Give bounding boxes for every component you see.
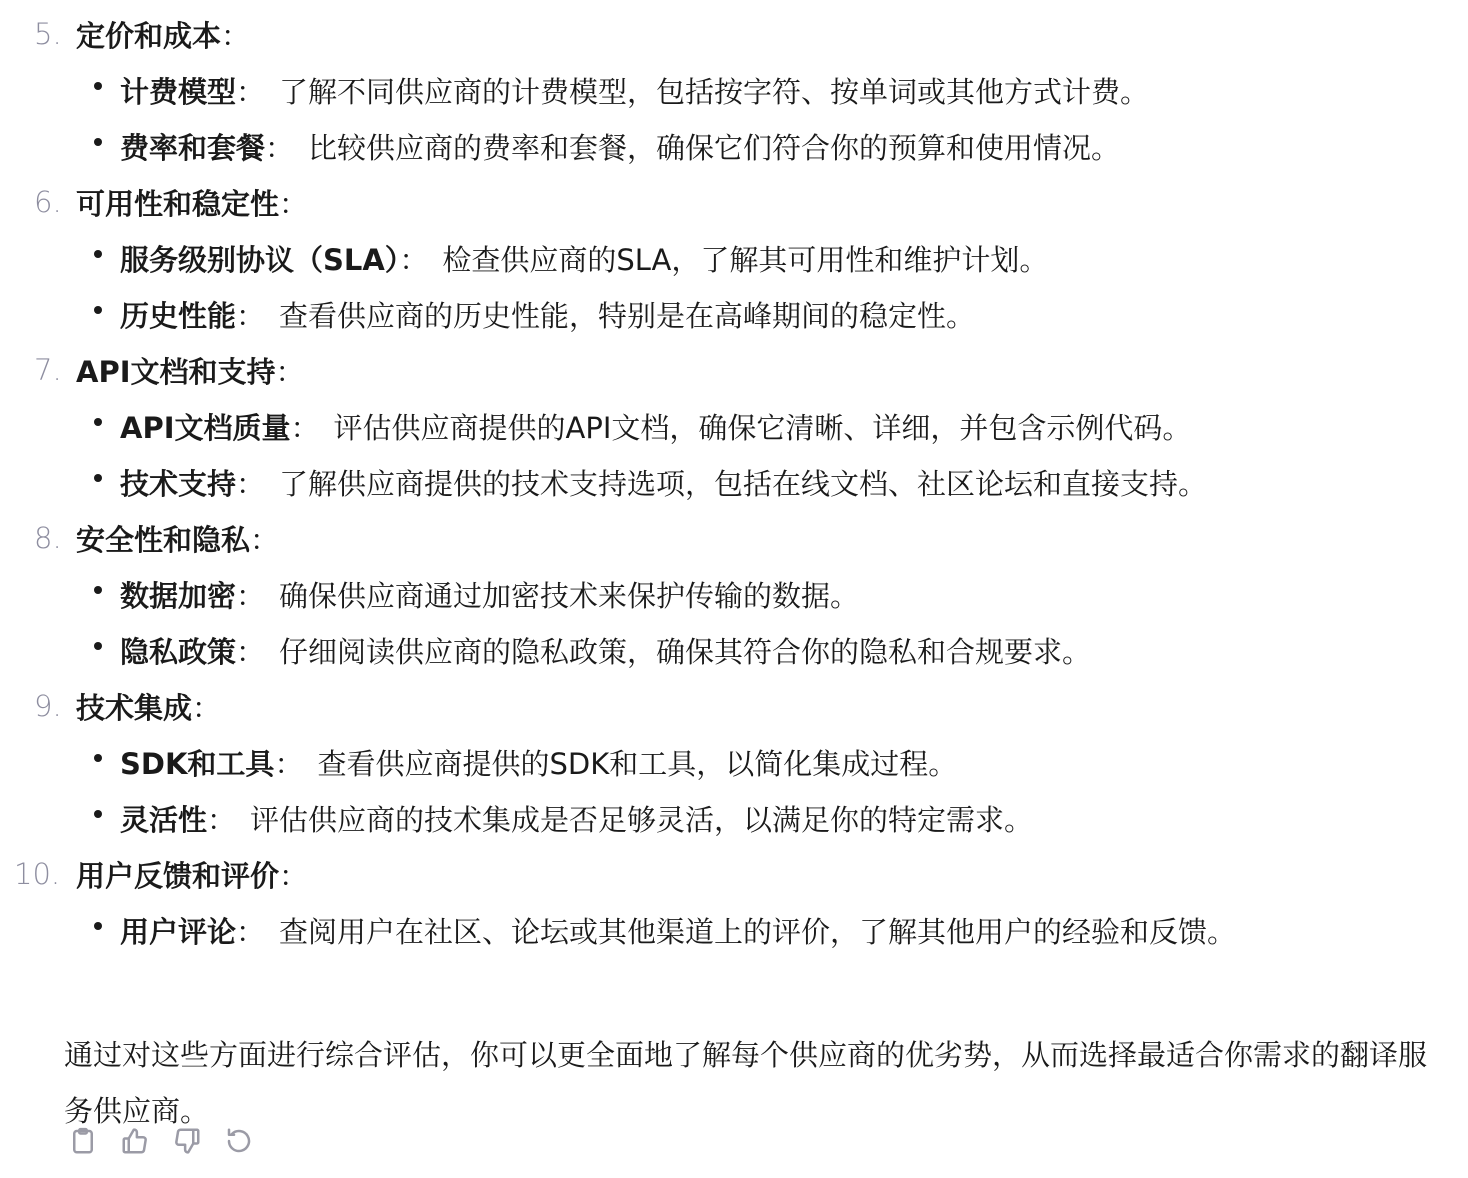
bullet-label: 技术支持 bbox=[120, 467, 236, 501]
regenerate-button[interactable] bbox=[222, 1124, 256, 1158]
section-heading: 6. 可用性和稳定性： bbox=[0, 174, 1468, 230]
section-title-text: 用户反馈和评价 bbox=[76, 859, 279, 893]
colon: ： bbox=[207, 803, 236, 837]
bullet-label: 计费模型 bbox=[120, 75, 236, 109]
bullet-label: API文档质量 bbox=[120, 411, 291, 445]
section-title: 定价和成本： bbox=[76, 14, 250, 55]
bullet-text: 灵活性：评估供应商的技术集成是否足够灵活，以满足你的特定需求。 bbox=[120, 798, 1033, 839]
bullet-text: 计费模型：了解不同供应商的计费模型，包括按字符、按单词或其他方式计费。 bbox=[120, 70, 1149, 111]
colon: ： bbox=[291, 411, 320, 445]
colon: ： bbox=[276, 355, 305, 389]
message-actions bbox=[66, 1124, 256, 1158]
bullet-label: 用户评论 bbox=[120, 915, 236, 949]
bullet-icon bbox=[94, 418, 102, 426]
colon: ： bbox=[279, 187, 308, 221]
bullet-icon bbox=[94, 82, 102, 90]
list-number: 10. bbox=[14, 857, 60, 891]
list-number: 7. bbox=[34, 353, 62, 387]
list-number: 9. bbox=[34, 689, 62, 723]
section-title-text: 定价和成本 bbox=[76, 19, 221, 53]
colon: ： bbox=[236, 75, 265, 109]
list-number: 6. bbox=[34, 185, 62, 219]
colon: ： bbox=[236, 579, 265, 613]
section-heading: 9. 技术集成： bbox=[0, 678, 1468, 734]
thumbs-up-icon bbox=[120, 1126, 150, 1156]
bullet-item: 服务级别协议（SLA）：检查供应商的SLA，了解其可用性和维护计划。 bbox=[0, 230, 1468, 286]
thumbs-down-icon bbox=[172, 1126, 202, 1156]
bullet-item: 数据加密：确保供应商通过加密技术来保护传输的数据。 bbox=[0, 566, 1468, 622]
colon: ： bbox=[279, 859, 308, 893]
section-title-text: 可用性和稳定性 bbox=[76, 187, 279, 221]
bullet-description: 评估供应商提供的API文档，确保它清晰、详细，并包含示例代码。 bbox=[334, 411, 1192, 445]
list-section-5: 5. 定价和成本： 计费模型：了解不同供应商的计费模型，包括按字符、按单词或其他… bbox=[0, 6, 1468, 174]
bullet-item: SDK和工具：查看供应商提供的SDK和工具，以简化集成过程。 bbox=[0, 734, 1468, 790]
section-heading: 8. 安全性和隐私： bbox=[0, 510, 1468, 566]
bullet-description: 评估供应商的技术集成是否足够灵活，以满足你的特定需求。 bbox=[250, 803, 1033, 837]
list-section-9: 9. 技术集成： SDK和工具：查看供应商提供的SDK和工具，以简化集成过程。 … bbox=[0, 678, 1468, 846]
bullet-description: 检查供应商的SLA，了解其可用性和维护计划。 bbox=[442, 243, 1048, 277]
bullet-icon bbox=[94, 586, 102, 594]
bullet-label: SDK和工具 bbox=[120, 747, 274, 781]
bullet-text: 费率和套餐：比较供应商的费率和套餐，确保它们符合你的预算和使用情况。 bbox=[120, 126, 1120, 167]
colon: ： bbox=[399, 243, 428, 277]
section-title: 安全性和隐私： bbox=[76, 518, 279, 559]
bullet-description: 了解不同供应商的计费模型，包括按字符、按单词或其他方式计费。 bbox=[279, 75, 1149, 109]
section-heading: 10. 用户反馈和评价： bbox=[0, 846, 1468, 902]
bullet-label: 服务级别协议（SLA） bbox=[120, 243, 399, 277]
section-title: API文档和支持： bbox=[76, 350, 305, 391]
list-section-8: 8. 安全性和隐私： 数据加密：确保供应商通过加密技术来保护传输的数据。 隐私政… bbox=[0, 510, 1468, 678]
section-heading: 7. API文档和支持： bbox=[0, 342, 1468, 398]
bullet-label: 历史性能 bbox=[120, 299, 236, 333]
colon: ： bbox=[265, 131, 294, 165]
bullet-text: API文档质量：评估供应商提供的API文档，确保它清晰、详细，并包含示例代码。 bbox=[120, 406, 1191, 447]
bullet-item: API文档质量：评估供应商提供的API文档，确保它清晰、详细，并包含示例代码。 bbox=[0, 398, 1468, 454]
thumbs-up-button[interactable] bbox=[118, 1124, 152, 1158]
copy-button[interactable] bbox=[66, 1124, 100, 1158]
bullet-text: 历史性能：查看供应商的历史性能，特别是在高峰期间的稳定性。 bbox=[120, 294, 975, 335]
bullet-text: 技术支持：了解供应商提供的技术支持选项，包括在线文档、社区论坛和直接支持。 bbox=[120, 462, 1207, 503]
regenerate-icon bbox=[224, 1126, 254, 1156]
bullet-description: 仔细阅读供应商的隐私政策，确保其符合你的隐私和合规要求。 bbox=[279, 635, 1091, 669]
bullet-description: 比较供应商的费率和套餐，确保它们符合你的预算和使用情况。 bbox=[308, 131, 1120, 165]
colon: ： bbox=[221, 19, 250, 53]
bullet-description: 查看供应商提供的SDK和工具，以简化集成过程。 bbox=[317, 747, 957, 781]
bullet-description: 查阅用户在社区、论坛或其他渠道上的评价，了解其他用户的经验和反馈。 bbox=[279, 915, 1236, 949]
colon: ： bbox=[274, 747, 303, 781]
bullet-label: 隐私政策 bbox=[120, 635, 236, 669]
section-title-text: 技术集成 bbox=[76, 691, 192, 725]
section-title: 用户反馈和评价： bbox=[76, 854, 308, 895]
bullet-icon bbox=[94, 250, 102, 258]
colon: ： bbox=[236, 467, 265, 501]
bullet-icon bbox=[94, 922, 102, 930]
bullet-icon bbox=[94, 306, 102, 314]
colon: ： bbox=[236, 299, 265, 333]
list-section-10: 10. 用户反馈和评价： 用户评论：查阅用户在社区、论坛或其他渠道上的评价，了解… bbox=[0, 846, 1468, 958]
bullet-icon bbox=[94, 810, 102, 818]
clipboard-icon bbox=[68, 1126, 98, 1156]
list-section-7: 7. API文档和支持： API文档质量：评估供应商提供的API文档，确保它清晰… bbox=[0, 342, 1468, 510]
bullet-label: 灵活性 bbox=[120, 803, 207, 837]
bullet-text: 数据加密：确保供应商通过加密技术来保护传输的数据。 bbox=[120, 574, 859, 615]
bullet-item: 用户评论：查阅用户在社区、论坛或其他渠道上的评价，了解其他用户的经验和反馈。 bbox=[0, 902, 1468, 958]
bullet-item: 隐私政策：仔细阅读供应商的隐私政策，确保其符合你的隐私和合规要求。 bbox=[0, 622, 1468, 678]
bullet-item: 技术支持：了解供应商提供的技术支持选项，包括在线文档、社区论坛和直接支持。 bbox=[0, 454, 1468, 510]
colon: ： bbox=[250, 523, 279, 557]
summary-paragraph: 通过对这些方面进行综合评估，你可以更全面地了解每个供应商的优劣势，从而选择最适合… bbox=[64, 1027, 1454, 1139]
section-heading: 5. 定价和成本： bbox=[0, 6, 1468, 62]
bullet-text: 隐私政策：仔细阅读供应商的隐私政策，确保其符合你的隐私和合规要求。 bbox=[120, 630, 1091, 671]
bullet-text: 用户评论：查阅用户在社区、论坛或其他渠道上的评价，了解其他用户的经验和反馈。 bbox=[120, 910, 1236, 951]
bullet-icon bbox=[94, 474, 102, 482]
colon: ： bbox=[236, 635, 265, 669]
bullet-item: 历史性能：查看供应商的历史性能，特别是在高峰期间的稳定性。 bbox=[0, 286, 1468, 342]
list-number: 8. bbox=[34, 521, 62, 555]
bullet-description: 查看供应商的历史性能，特别是在高峰期间的稳定性。 bbox=[279, 299, 975, 333]
section-title-text: 安全性和隐私 bbox=[76, 523, 250, 557]
thumbs-down-button[interactable] bbox=[170, 1124, 204, 1158]
section-title: 可用性和稳定性： bbox=[76, 182, 308, 223]
section-title: 技术集成： bbox=[76, 686, 221, 727]
bullet-text: SDK和工具：查看供应商提供的SDK和工具，以简化集成过程。 bbox=[120, 742, 957, 783]
bullet-icon bbox=[94, 642, 102, 650]
colon: ： bbox=[236, 915, 265, 949]
bullet-description: 了解供应商提供的技术支持选项，包括在线文档、社区论坛和直接支持。 bbox=[279, 467, 1207, 501]
bullet-description: 确保供应商通过加密技术来保护传输的数据。 bbox=[279, 579, 859, 613]
colon: ： bbox=[192, 691, 221, 725]
bullet-label: 数据加密 bbox=[120, 579, 236, 613]
bullet-icon bbox=[94, 754, 102, 762]
bullet-item: 灵活性：评估供应商的技术集成是否足够灵活，以满足你的特定需求。 bbox=[0, 790, 1468, 846]
list-number: 5. bbox=[34, 17, 62, 51]
bullet-icon bbox=[94, 138, 102, 146]
list-section-6: 6. 可用性和稳定性： 服务级别协议（SLA）：检查供应商的SLA，了解其可用性… bbox=[0, 174, 1468, 342]
bullet-item: 计费模型：了解不同供应商的计费模型，包括按字符、按单词或其他方式计费。 bbox=[0, 62, 1468, 118]
bullet-text: 服务级别协议（SLA）：检查供应商的SLA，了解其可用性和维护计划。 bbox=[120, 238, 1048, 279]
bullet-item: 费率和套餐：比较供应商的费率和套餐，确保它们符合你的预算和使用情况。 bbox=[0, 118, 1468, 174]
bullet-label: 费率和套餐 bbox=[120, 131, 265, 165]
section-title-text: API文档和支持 bbox=[76, 355, 276, 389]
